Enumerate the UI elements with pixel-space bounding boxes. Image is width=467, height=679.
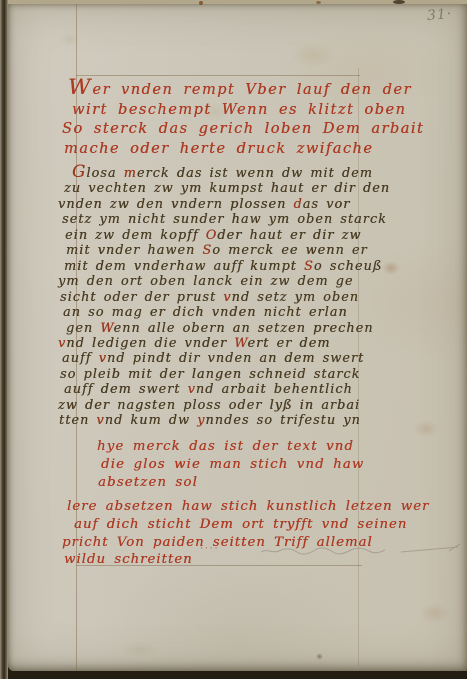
glosa-line: vnden zw den vndern plossen das vor (58, 197, 390, 212)
glosa-line: an so mag er dich vnden nicht erlan (63, 305, 390, 320)
glosa-line: gen Wenn alle obern an setzen prechen (66, 321, 390, 336)
glosa-line: mit vnder hawen So merck ee wenn er (66, 243, 390, 258)
glosa-line: ym den ort oben lanck ein zw dem ge (58, 274, 390, 289)
verse-line: Wer vnden rempt Vber lauf den der (68, 78, 424, 101)
edge-speck (393, 0, 405, 4)
glosa-line: tten vnd kum dw ynndes so trifestu yn (59, 413, 390, 428)
verse-bottom-block: lere absetzen haw stich kunstlich letzen… (60, 498, 429, 569)
edge-speck (316, 1, 321, 4)
pencil-scribble (253, 542, 467, 558)
rubric-line: absetzen sol (98, 474, 364, 492)
paper-stain (413, 420, 439, 438)
book-spine-edge (0, 0, 8, 679)
glosa-line: auff vnd pindt dir vnden an dem swert (62, 351, 390, 366)
red-ink-flecks: ···· (200, 544, 219, 554)
glosa-line: so pleib mit der langen schneid starck (60, 367, 390, 382)
glosa-line: mit dem vnderhaw auff kumpt So scheuß (64, 259, 390, 274)
verse-line: lere absetzen haw stich kunstlich letzen… (67, 498, 429, 516)
glosa-block: Glosa merck das ist wenn dw mit dem zu v… (58, 165, 390, 429)
verse-line: wirt beschempt Wenn es klitzt oben (72, 101, 424, 121)
glosa-line: auff dem swert vnd arbait behentlich (64, 382, 390, 397)
glosa-line: zu vechten zw ym kumpst haut er dir den (64, 181, 390, 196)
verse-line: mache oder herte druck zwifache (64, 140, 424, 160)
rubric-line: die glos wie man stich vnd haw (101, 456, 364, 474)
verse-top-block: Wer vnden rempt Vber lauf den der wirt b… (62, 78, 424, 159)
glosa-line: Glosa merck das ist wenn dw mit dem (72, 165, 390, 181)
ruling-line-top (76, 75, 360, 76)
paper-stain (60, 32, 80, 46)
edge-speck (199, 1, 203, 5)
glosa-line: vnd ledigen die vnder Wert er dem (58, 336, 390, 351)
rubric-line: hye merck das ist der text vnd (97, 438, 364, 456)
manuscript-photo: 31· Wer vnden rempt Vber lauf den der wi… (0, 0, 467, 679)
paper-stain (290, 42, 336, 68)
verse-line: So sterck das gerich loben Dem arbait (62, 120, 424, 140)
paper-stain (120, 642, 160, 658)
paper-stain (316, 653, 323, 660)
verse-line: auf dich sticht Dem ort tryfft vnd seine… (74, 516, 429, 534)
glosa-line: sicht oder der prust vnd setz ym oben (60, 290, 390, 305)
manuscript-page: 31· Wer vnden rempt Vber lauf den der wi… (8, 0, 467, 671)
folio-number: 31· (426, 6, 453, 24)
glosa-line: setz ym nicht sunder haw ym oben starck (62, 212, 390, 227)
paper-stain (420, 602, 450, 624)
rubric-block: hye merck das ist der text vnd die glos … (97, 438, 364, 491)
glosa-line: ein zw dem kopff Oder haut er dir zw (65, 228, 390, 243)
glosa-line: zw der nagsten ploss oder lyß in arbai (58, 398, 390, 413)
